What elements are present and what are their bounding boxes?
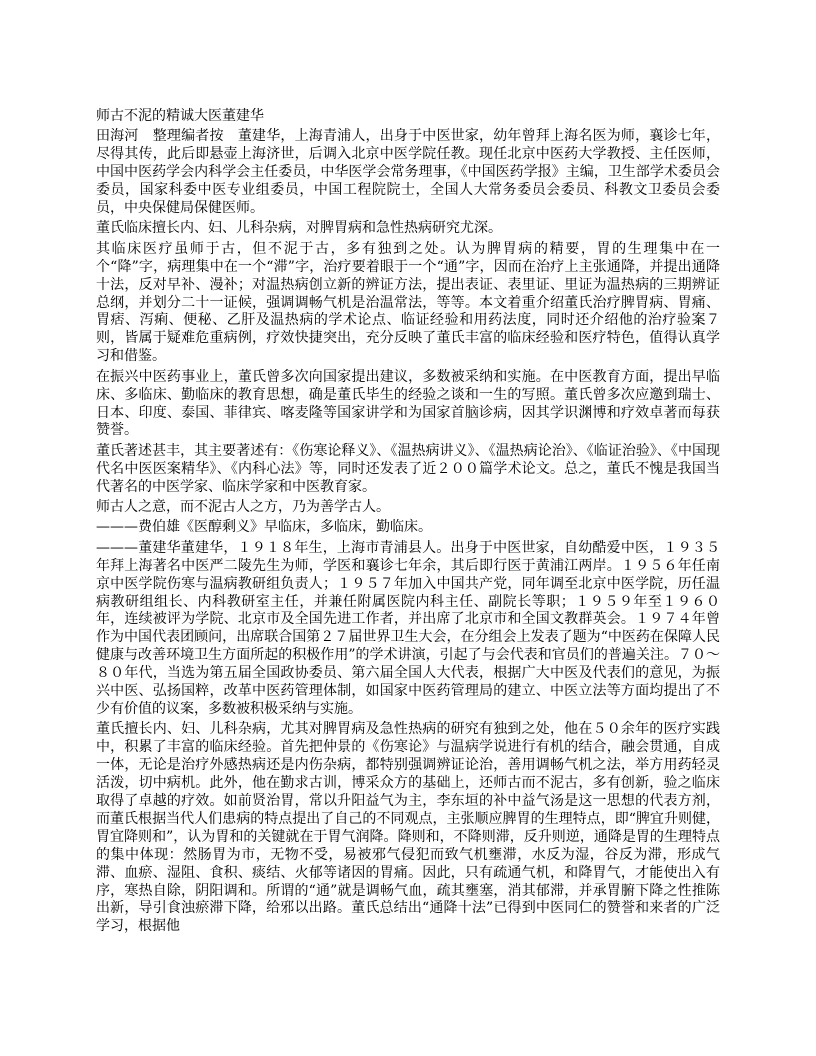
paragraph-editor-note: 田海河 整理编者按 董建华，上海青浦人，出身于中医世家，幼年曾拜上海名医为师，襄… (96, 128, 720, 218)
document-title: 师古不泥的精诚大医董建华 (96, 108, 720, 126)
paragraph-medical-thought: 董氏擅长内、妇、儿科杂病，尤其对脾胃病及急性热病的研究有独到之处，他在５０余年的… (96, 721, 720, 936)
paragraph-academic-views: 其临床医疗虽师于古，但不泥于古，多有独到之处。认为脾胃病的精要，胃的生理集中在一… (96, 241, 720, 366)
paragraph-quote-motto: 师古人之意，而不泥古人之方，乃为善学古人。 (96, 499, 720, 517)
paragraph-publications: 董氏著述甚丰，其主要著述有：《伤寒论释义》、《温热病讲义》、《温热病论治》、《临… (96, 443, 720, 497)
paragraph-biography: ———董建华董建华，１９１８年生，上海市青浦县人。出身于中医世家，自幼酷爱中医，… (96, 540, 720, 719)
paragraph-quote-attribution: ———费伯雄《医醇剩义》早临床，多临床，勤临床。 (96, 519, 720, 537)
paragraph-clinical-specialty: 董氏临床擅长内、妇、儿科杂病，对脾胃病和急性热病研究尤深。 (96, 220, 720, 238)
document-page: 师古不泥的精诚大医董建华 田海河 整理编者按 董建华，上海青浦人，出身于中医世家… (0, 0, 816, 1056)
paragraph-contributions: 在振兴中医药事业上，董氏曾多次向国家提出建议，多数被采纳和实施。在中医教育方面，… (96, 369, 720, 441)
document-body: 师古不泥的精诚大医董建华 田海河 整理编者按 董建华，上海青浦人，出身于中医世家… (96, 108, 720, 939)
